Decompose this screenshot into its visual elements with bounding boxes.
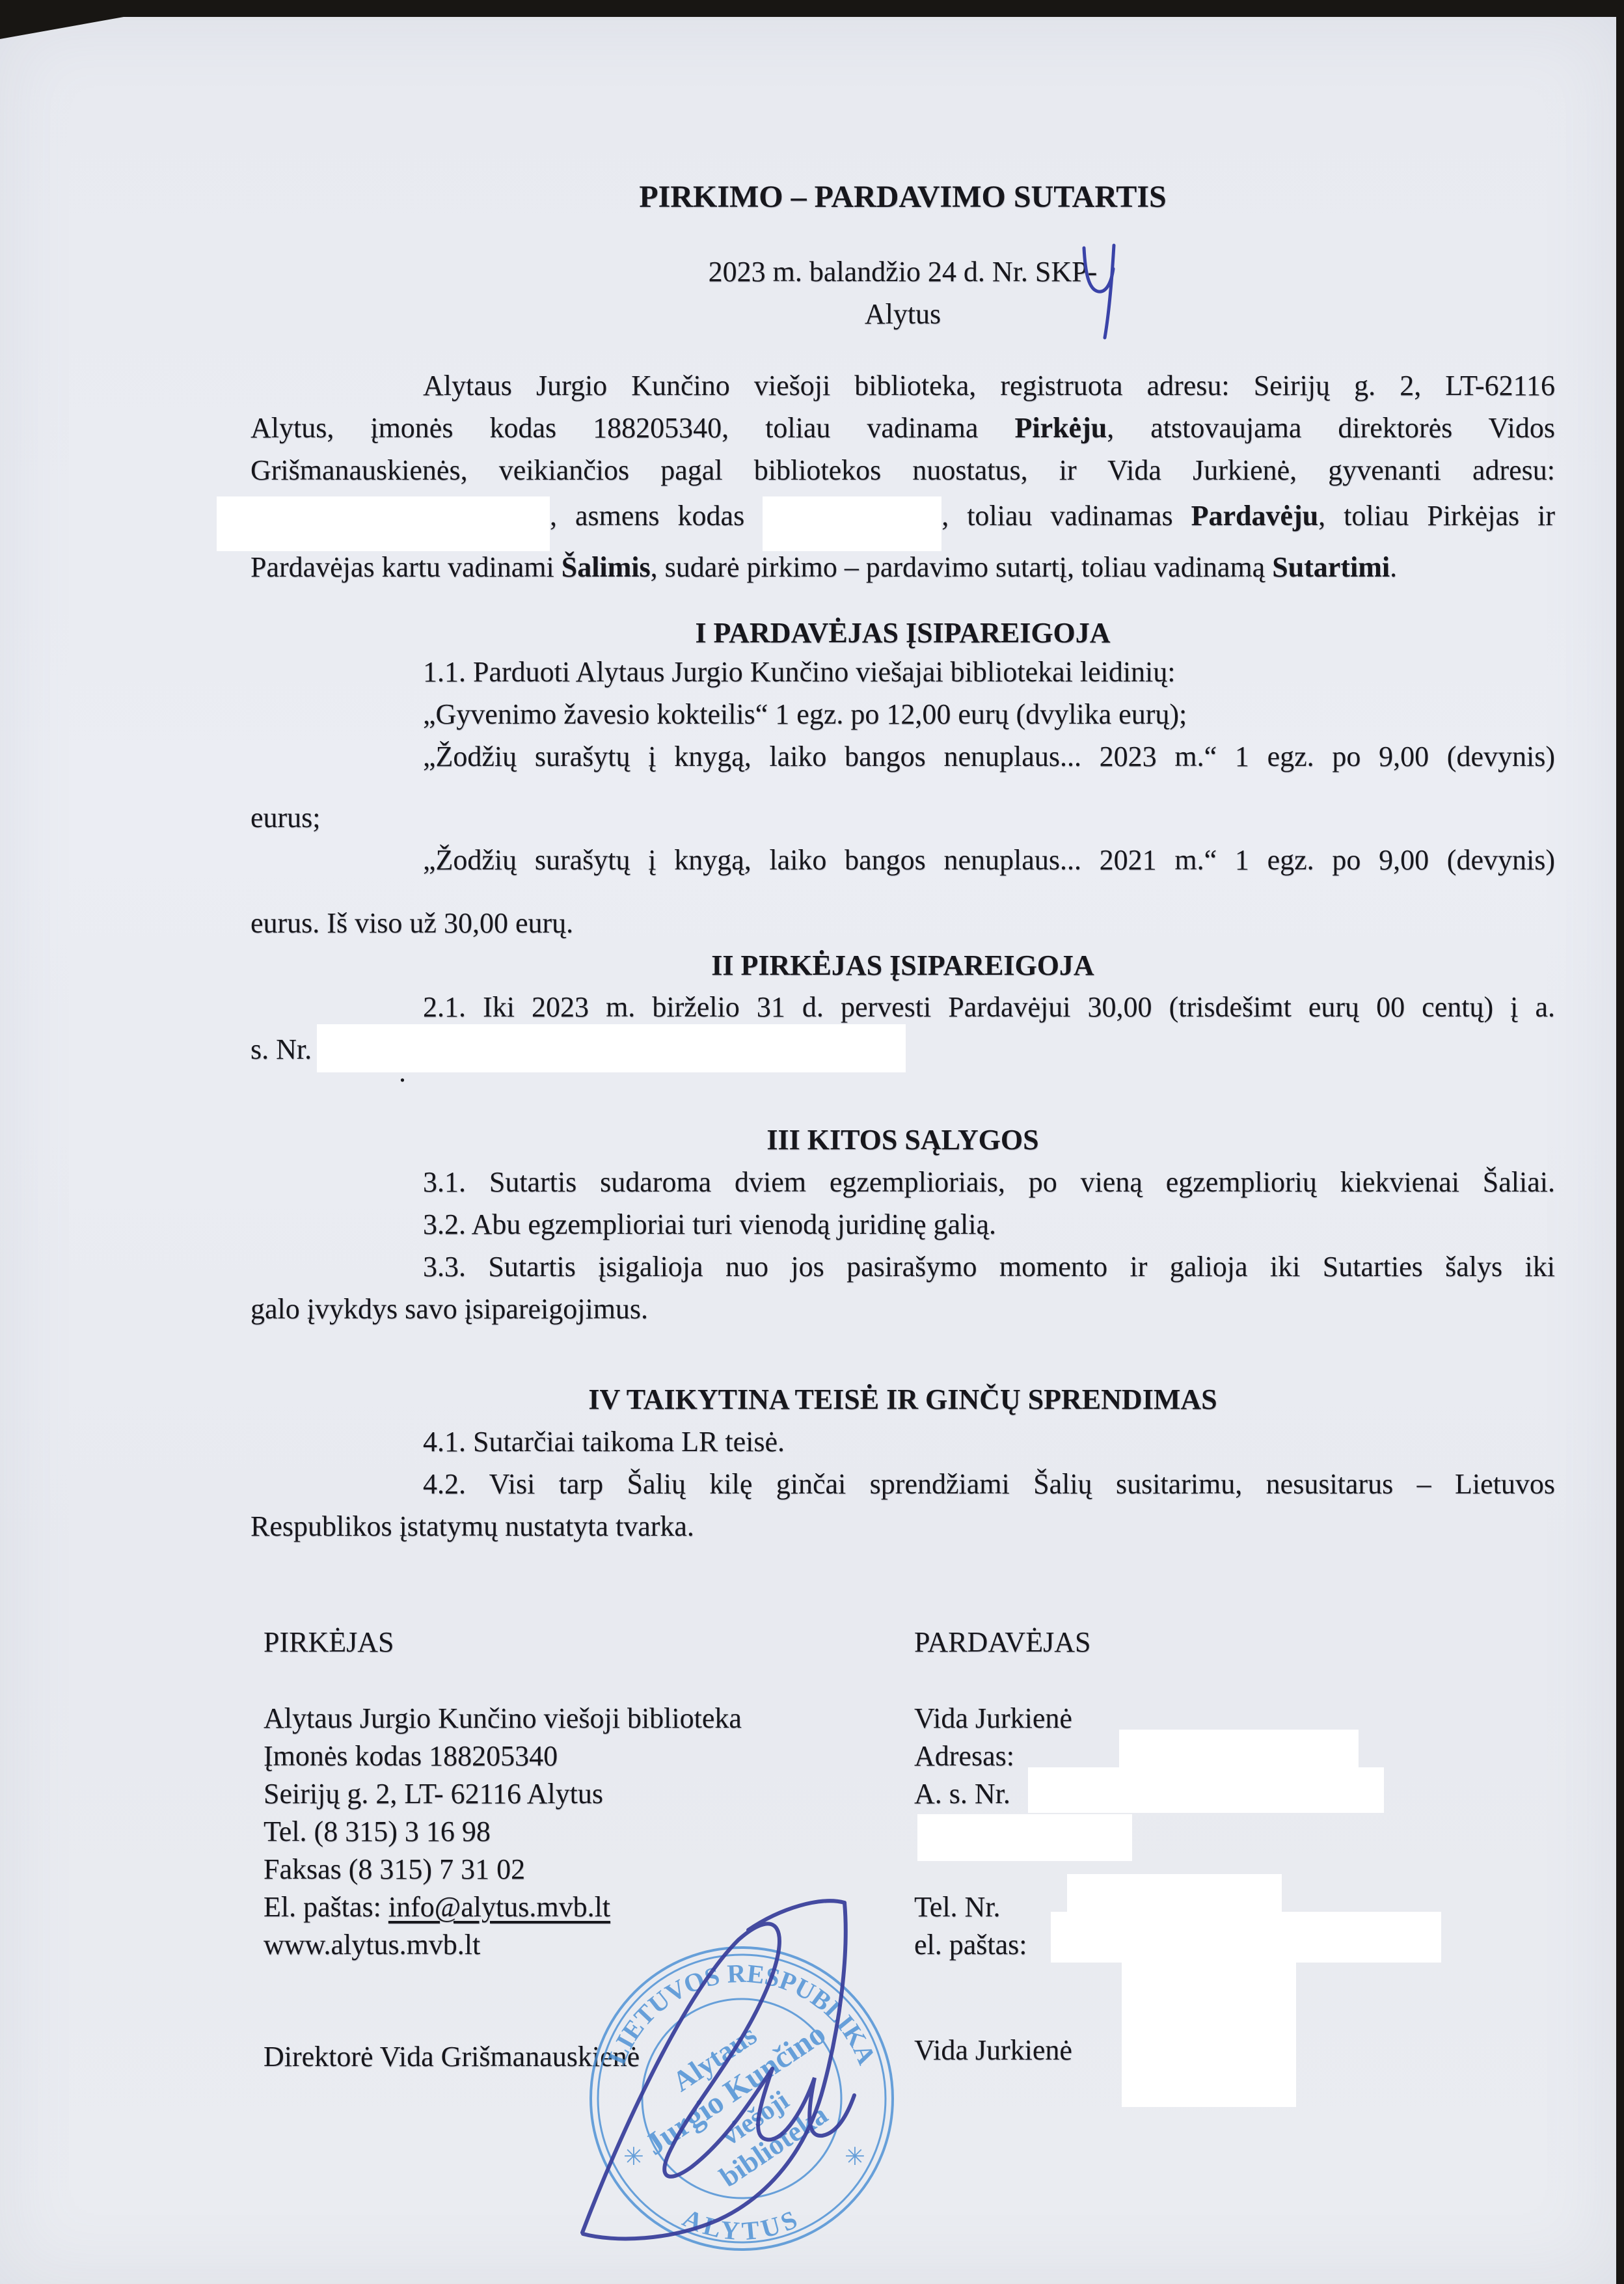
intro-text: , asmens kodas [550,500,763,532]
scanned-contract-page: PIRKIMO – PARDAVIMO SUTARTIS 2023 m. bal… [0,0,1624,2284]
stray-period: . [399,1055,406,1089]
contract-line: 1.1. Parduoti Alytaus Jurgio Kunčino vie… [250,651,1555,693]
scanner-edge-shadow [0,17,124,39]
contract-text: 3.1. Sutartis sudaroma dviem egzempliori… [423,1166,1555,1198]
section-1-heading: I PARDAVĖJAS ĮSIPAREIGOJA [250,612,1555,654]
contract-line: galo įvykdys savo įsipareigojimus. [250,1288,1555,1330]
contract-text: 1.1. Parduoti Alytaus Jurgio Kunčino vie… [423,656,1176,688]
intro-text: . [1390,551,1397,583]
section-4-body: 4.1. Sutarčiai taikoma LR teisė. 4.2. Vi… [250,1421,1555,1547]
intro-text: , sudarė pirkimo – pardavimo sutartį, to… [651,551,1273,583]
section-3-heading: III KITOS SĄLYGOS [250,1119,1555,1161]
document-title: PIRKIMO – PARDAVIMO SUTARTIS [250,176,1555,218]
intro-text: Alytus, įmonės kodas 188205340, toliau v… [250,412,1014,444]
intro-text-bold: Sutartimi [1272,551,1390,583]
date-line: 2023 m. balandžio 24 d. Nr. SKP- [250,251,1555,293]
redaction-box [1028,1767,1384,1813]
redaction-box [217,496,550,551]
intro-text-bold: Šalimis [562,551,651,583]
buyer-phone: Tel. (8 315) 3 16 98 [264,1813,979,1851]
section-2-heading: II PIRKĖJAS ĮSIPAREIGOJA [250,944,1555,986]
section-3-body: 3.1. Sutartis sudaroma dviem egzempliori… [250,1161,1555,1330]
intro-line: , asmens kodas , toliau vadinamas Pardav… [250,491,1555,546]
buyer-address: Seirijų g. 2, LT- 62116 Alytus [264,1775,979,1813]
buyer-name: Alytaus Jurgio Kunčino viešoji bibliotek… [264,1700,979,1737]
contract-text: eurus. Iš viso už 30,00 eurų. [250,907,573,939]
contract-text: 2.1. Iki 2023 m. birželio 31 d. pervesti… [423,991,1555,1023]
contract-text: „Gyvenimo žavesio kokteilis“ 1 egz. po 1… [423,698,1187,730]
contract-line: „Žodžių surašytų į knygą, laiko bangos n… [250,735,1555,778]
seller-signer-name: Vida Jurkienė [914,2033,1072,2067]
redaction-box [1067,1874,1282,1914]
contract-line: 4.1. Sutarčiai taikoma LR teisė. [250,1421,1555,1463]
contract-line: 3.1. Sutartis sudaroma dviem egzempliori… [250,1161,1555,1203]
contract-text: 4.1. Sutarčiai taikoma LR teisė. [423,1426,785,1458]
intro-line: Grišmanauskienės, veikiančios pagal bibl… [250,449,1555,491]
spacer [914,1661,1597,1700]
paper-sheet: PIRKIMO – PARDAVIMO SUTARTIS 2023 m. bal… [0,17,1616,2284]
contract-text: 3.3. Sutartis įsigalioja nuo jos pasiraš… [423,1251,1555,1283]
contract-text: galo įvykdys savo įsipareigojimus. [250,1293,648,1325]
intro-line: Alytus, įmonės kodas 188205340, toliau v… [250,407,1555,449]
buyer-heading: PIRKĖJAS [264,1624,979,1661]
section-1-body: 1.1. Parduoti Alytaus Jurgio Kunčino vie… [250,651,1555,944]
contract-text: „Žodžių surašytų į knygą, laiko bangos n… [423,741,1555,772]
contract-line: 2.1. Iki 2023 m. birželio 31 d. pervesti… [250,986,1555,1028]
contract-line: „Gyvenimo žavesio kokteilis“ 1 egz. po 1… [250,693,1555,735]
intro-text: , atstovaujama direktorės Vidos [1107,412,1555,444]
intro-text: , toliau vadinamas [941,500,1191,532]
contract-line: s. Nr. [250,1028,1555,1076]
contract-line: 3.3. Sutartis įsigalioja nuo jos pasiraš… [250,1245,1555,1288]
intro-text-bold: Pardavėju [1191,500,1319,532]
date-line-text: 2023 m. balandžio 24 d. Nr. SKP- [709,256,1098,288]
intro-text: Grišmanauskienės, veikiančios pagal bibl… [250,454,1555,486]
intro-text: , toliau Pirkėjas ir [1318,500,1555,532]
buyer-fax: Faksas (8 315) 7 31 02 [264,1851,979,1888]
contract-text: s. Nr. [250,1033,312,1065]
signature-icon [553,1891,891,2255]
section-2-body: 2.1. Iki 2023 m. birželio 31 d. pervesti… [250,986,1555,1076]
intro-text: Pardavėjas kartu vadinami [250,551,562,583]
contract-line: 3.2. Abu egzemplioriai turi vienodą juri… [250,1203,1555,1245]
contract-text: 3.2. Abu egzemplioriai turi vienodą juri… [423,1208,996,1240]
contract-text: 4.2. Visi tarp Šalių kilę ginčai sprendž… [423,1468,1555,1500]
seller-column: PARDAVĖJAS Vida Jurkienė Adresas: A. s. … [914,1624,1597,1964]
intro-text-bold: Pirkėju [1014,412,1107,444]
contract-text: „Žodžių surašytų į knygą, laiko bangos n… [423,844,1555,876]
intro-line: Pardavėjas kartu vadinami Šalimis, sudar… [250,546,1555,588]
intro-paragraph: Alytaus Jurgio Kunčino viešoji bibliotek… [250,364,1555,588]
redaction-box [917,1814,1132,1861]
contract-line: „Žodžių surašytų į knygą, laiko bangos n… [250,839,1555,881]
contract-text: Respublikos įstatymų nustatyta tvarka. [250,1510,694,1542]
city-line: Alytus [250,293,1555,335]
contract-line: Respublikos įstatymų nustatyta tvarka. [250,1505,1555,1547]
contract-line: 4.2. Visi tarp Šalių kilę ginčai sprendž… [250,1463,1555,1505]
intro-line: Alytaus Jurgio Kunčino viešoji bibliotek… [250,364,1555,407]
redaction-box [1122,1952,1296,2107]
buyer-email-label: El. paštas: [264,1891,388,1923]
seller-heading: PARDAVĖJAS [914,1624,1597,1661]
buyer-company-code: Įmonės kodas 188205340 [264,1737,979,1775]
contract-text: eurus; [250,802,321,834]
contract-line: eurus. Iš viso už 30,00 eurų. [250,902,1555,944]
spacer [264,1661,979,1700]
section-4-heading: IV TAIKYTINA TEISĖ IR GINČŲ SPRENDIMAS [250,1378,1555,1421]
intro-text: Alytaus Jurgio Kunčino viešoji bibliotek… [423,370,1555,401]
contract-line: eurus; [250,796,1555,839]
scanner-edge-right [1616,0,1624,2284]
redaction-box [763,496,941,551]
